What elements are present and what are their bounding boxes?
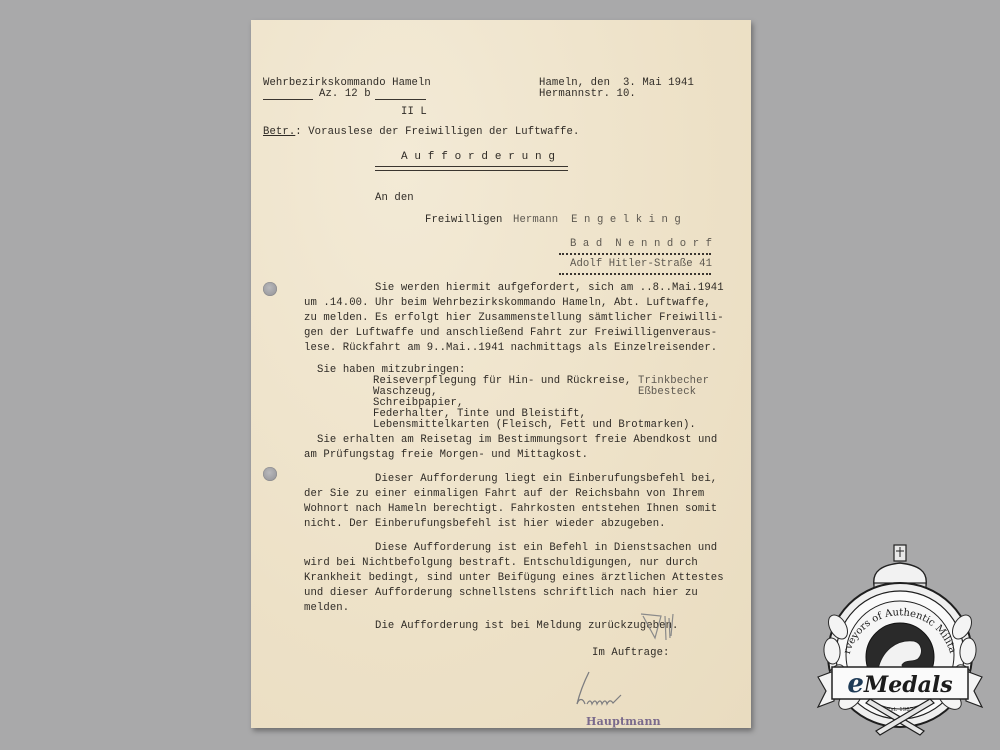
pencil-initials-mark [639, 610, 679, 646]
dotted-line [559, 253, 711, 255]
paragraph-line: Sie erhalten am Reisetag im Bestimmungso… [317, 434, 717, 446]
paragraph-line: Sie werden hiermit aufgefordert, sich am… [375, 282, 724, 294]
paragraph-line: nicht. Der Einberufungsbefehl ist hier w… [304, 518, 666, 530]
paragraph-line: lese. Rückfahrt am 9..Mai..1941 nachmitt… [304, 342, 717, 354]
recipient-town: B a d N e n n d o r f [570, 238, 712, 250]
sender-address: Hermannstr. 10. [539, 88, 636, 100]
paragraph-line: zu melden. Es erfolgt hier Zusammenstell… [304, 312, 724, 324]
subject-text: : Vorauslese der Freiwilligen der Luftwa… [295, 126, 579, 138]
paragraph-line: Dieser Aufforderung liegt ein Einberufun… [375, 473, 717, 485]
recipient-prefix: Freiwilligen [425, 214, 503, 226]
title-double-underline [375, 166, 568, 171]
underline [263, 99, 313, 100]
paragraph-line: Diese Aufforderung ist ein Befehl in Die… [375, 542, 717, 554]
dotted-line [559, 273, 711, 275]
closing-note: Die Aufforderung ist bei Meldung zurückz… [375, 620, 679, 632]
letter-page: Wehrbezirkskommando Hameln Az. 12 b II L… [251, 20, 751, 728]
handwritten-signature [569, 670, 639, 716]
punch-hole [263, 282, 277, 296]
paragraph-line: um .14.00. Uhr beim Wehrbezirkskommando … [304, 297, 711, 309]
rank-stamp: Hauptmann [586, 715, 661, 728]
paragraph-line: gen der Luftwaffe und anschließend Fahrt… [304, 327, 717, 339]
file-reference: Az. 12 b [319, 88, 371, 100]
bring-item: Lebensmittelkarten (Fleisch, Fett und Br… [373, 420, 696, 431]
underline [375, 99, 426, 100]
bring-item-extra: Eßbesteck [638, 387, 696, 398]
subject-line: Betr.: Vorauslese der Freiwilligen der L… [263, 126, 579, 138]
paragraph-line: und dieser Aufforderung schnellstens sch… [304, 587, 698, 599]
paragraph-line: der Sie zu einer einmaligen Fahrt auf de… [304, 488, 704, 500]
closing-phrase: Im Auftrage: [592, 647, 670, 659]
punch-hole [263, 467, 277, 481]
emedals-watermark-logo: Purveyors of Authentic Militaria eMedals… [810, 535, 990, 740]
paragraph-line: Krankheit bedingt, sind unter Beifügung … [304, 572, 724, 584]
department-code: II L [401, 106, 427, 118]
document-title: A u f f o r d e r u n g [401, 151, 555, 163]
paragraph-line: am Prüfungstag freie Morgen- und Mittagk… [304, 449, 588, 461]
paragraph-line: Wohnort nach Hameln berechtigt. Fahrkost… [304, 503, 717, 515]
recipient-name: Hermann E n g e l k i n g [513, 214, 681, 226]
salutation: An den [375, 192, 414, 204]
brand-name: eMedals [847, 669, 952, 699]
paragraph-line: melden. [304, 602, 349, 614]
recipient-street: Adolf Hitler-Straße 41 [570, 258, 712, 270]
subject-label: Betr. [263, 126, 295, 138]
paragraph-line: wird bei Nichtbefolgung bestraft. Entsch… [304, 557, 698, 569]
